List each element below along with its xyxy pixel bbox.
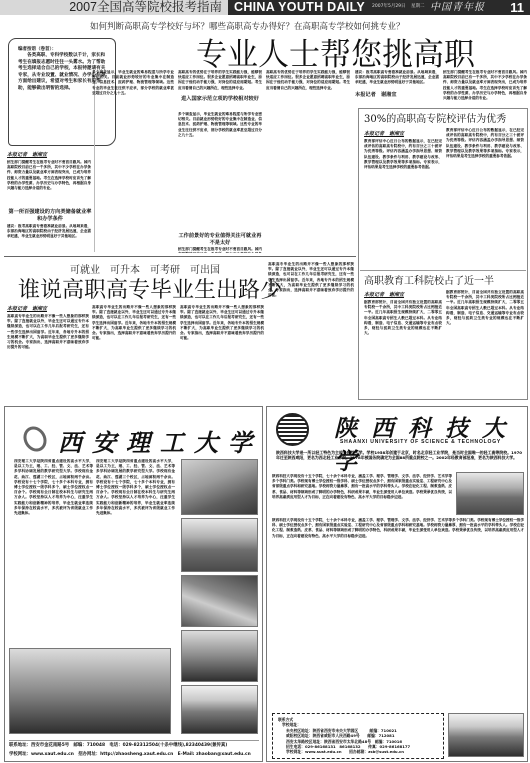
sidebar-byline: 本报记者 谢湘宜 <box>364 131 404 138</box>
page-number: 11 <box>510 0 524 15</box>
lead-column-4: 高职高专的优势在于培养的学生实践能力强，能够很快适应工作岗位。很多企业愿意招聘高… <box>266 70 350 253</box>
sust-english-name: SHAANXI UNIVERSITY OF SCIENCE & TECHNOLO… <box>340 439 501 446</box>
xaut-column-1: 西安理工大学是陕西省重点建设的高水平大学，是以工为主，理、工、经、管、文、法、艺… <box>14 459 93 674</box>
issue-date: 2007年5月29日 <box>372 4 406 10</box>
sidebar-headline: 30%的高职高专院校评估为优秀 <box>364 113 506 126</box>
section-divider <box>4 256 356 257</box>
lead-subhead-2: 第一所百强建设的方向类储备就业率和办学条件 <box>8 209 92 223</box>
xaut-photo-gate <box>9 648 171 734</box>
lead-advice-label: 本报记者 谢湘宜 <box>355 92 439 99</box>
lead-subhead-3: 工作前景好的专业值得关注可就业再不是太好 <box>178 233 262 247</box>
sust-body-1: 陕西科技大学现设有十五个学院，七十余个本科专业，涵盖工学、理学、管理学、文学、法… <box>272 474 452 516</box>
third-byline: 本报记者 谢湘宜 <box>364 292 404 299</box>
xaut-photo-library <box>181 518 258 572</box>
xaut-contact-rule <box>9 740 259 741</box>
sust-intro: 陕西科技大学是一所以轻工特色为主的多科性大学。学校1958年创建于北京，时名北京… <box>276 450 522 471</box>
lead-column-3a: 高职高专的优势在于培养的学生实践能力强，能够很快适应工作岗位。很多企业愿意招聘高… <box>178 70 262 95</box>
sust-contact-box: 联系方式 学校地址： 未央校区地址：陕西省西安市未央大学园区 邮编：710021… <box>272 713 444 759</box>
xaut-contact-web: 学校网址：www.xaut.edu.cn 招办网址：http://zhaoshe… <box>9 751 251 759</box>
third-headline: 高职教育工科院校占了近一半 <box>364 275 494 288</box>
sust-logo-icon <box>276 413 309 446</box>
lead-byline: 本报记者 谢湘宜 <box>7 152 47 159</box>
second-byline: 本报记者 谢湘宜 <box>7 306 47 313</box>
second-headline: 谁说高职高专毕业生出路少 <box>18 278 282 304</box>
xaut-column-2: 西安理工大学是陕西省重点建设的高水平大学，是以工为主，理、工、经、管、文、法、艺… <box>96 459 175 674</box>
xaut-photo-garden <box>181 630 258 682</box>
paper-logo: 中国青年报 <box>430 1 485 14</box>
masthead-paper-bar: CHINA YOUTH DAILY 2007年5月29日 星期二 中国青年报 1… <box>228 0 530 15</box>
lead-column-3b: 多个调查显示，毕业生就业的难易程度与所学专业密切相关。目前就业形势较好的专业集中… <box>178 112 262 232</box>
xaut-photo-building <box>181 459 258 515</box>
masthead-section-bar: 2007全国高等院校报考指南 <box>0 0 228 15</box>
lead-subhead-1: 进入国家示范立项的学校相对较好 <box>178 96 262 103</box>
sust-photo-campus <box>448 713 524 757</box>
third-column-1: 据教育部统计，目前全国共有独立设置的高职高专院校一千余所，其中工科类院校所占比例… <box>364 300 442 396</box>
xaut-contact-address: 联系地址：西安市金花南路5号 邮编：710048 电话：029-82312504… <box>9 742 227 750</box>
xaut-photo-campus <box>181 575 258 627</box>
sust-body-2: 陕西科技大学现设有十五个学院，七十余个本科专业，涵盖工学、理学、管理学、文学、法… <box>272 518 524 694</box>
xaut-photo-street <box>181 685 258 734</box>
lead-headline: 专业人士帮您挑高职 <box>196 38 475 72</box>
lead-column-6: 招生部门提醒考生在报考专业时不要盲目跟风。国内高职院校目前已有一千多所，其中不少… <box>443 70 527 102</box>
sidebar-column-2: 教育部评估中心近日公布的数据显示，在已经完成评估的高职高专院校中，约有百分之三十… <box>446 128 524 265</box>
lead-kicker: 如何判断高职高专学校好与坏？哪些高职高专办得好？在高职高专学校如何挑专业？ <box>90 22 405 33</box>
sust-photo-gate <box>456 472 524 515</box>
paper-name: CHINA YOUTH DAILY <box>234 0 365 15</box>
issue-weekday: 星期二 <box>411 4 425 10</box>
second-column-4: 高职高专毕业生的出路并不像一些人想象的那样狭窄。除了直接就业以外，毕业生还可以通… <box>268 262 354 398</box>
sidebar-column-1: 教育部评估中心近日公布的数据显示，在已经完成评估的高职高专院校中，约有百分之三十… <box>364 139 442 265</box>
sust-contact-line: 学校网址：www.sust.edu.cn 招办邮箱：zsb@sust.edu.c… <box>278 749 438 754</box>
lead-column-1: 招生部门提醒考生在报考专业时不要盲目跟风。国内高职院校目前已有一千多所，其中不少… <box>7 160 91 208</box>
second-column-1: 高职高专毕业生的出路并不像一些人想象的那样狭窄。除了直接就业以外，毕业生还可以通… <box>7 314 89 398</box>
xaut-name: 西安理工大学 <box>58 423 262 458</box>
second-column-3: 高职高专毕业生的出路并不像一些人想象的那样狭窄。除了直接就业以外，毕业生还可以通… <box>180 305 264 398</box>
second-kicker: 可就业 可升本 可考研 可出国 <box>70 265 220 277</box>
lead-column-2: 多个调查显示，毕业生就业的难易程度与所学专业密切相关。目前就业形势较好的专业集中… <box>92 70 174 252</box>
lead-column-3c: 招生部门提醒考生在报考专业时不要盲目跟风。国内高职院校目前已有一千多所，其中不少… <box>178 247 262 253</box>
lead-column-5: 建议：报考高职高专要看准就业前景。从地域来看，东部沿海地区的高职院校由于经济发展… <box>355 70 439 92</box>
third-story-rule <box>360 270 526 271</box>
section-title: 2007全国高等院校报考指南 <box>69 0 222 15</box>
third-column-2: 据教育部统计，目前全国共有独立设置的高职高专院校一千余所，其中工科类院校所占比例… <box>446 290 524 396</box>
lead-column-1b: 建议：报考高职高专要看准就业前景。从地域来看，东部沿海地区的高职院校由于经济发展… <box>7 224 91 251</box>
second-column-2: 高职高专毕业生的出路并不像一些人想象的那样狭窄。除了直接就业以外，毕业生还可以通… <box>92 305 176 398</box>
